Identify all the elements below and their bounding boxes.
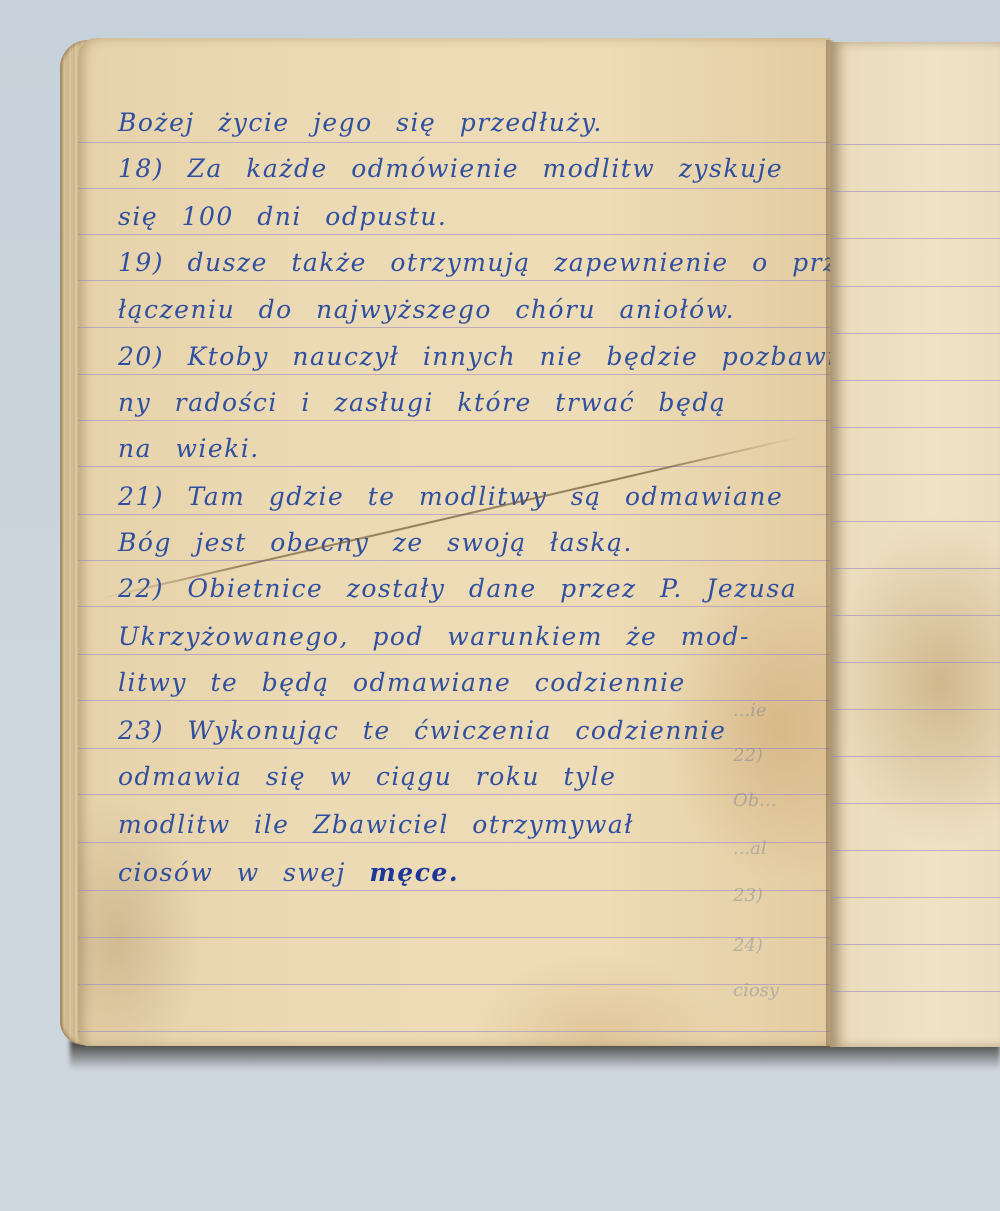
- text-line: litwy te będą odmawiane codziennie: [118, 668, 686, 697]
- ruled-line: [830, 568, 1000, 569]
- ruled-line: [830, 756, 1000, 757]
- ruled-line: [78, 890, 830, 891]
- bleedthrough-text: ciosy: [733, 980, 779, 1001]
- ruled-line: [830, 944, 1000, 945]
- text-line: Ukrzyżowanego, pod warunkiem że mod-: [118, 622, 750, 651]
- text-line: ciosów w swej męce.: [118, 858, 459, 887]
- bleedthrough-text: ...ie: [733, 700, 767, 721]
- text-line: ny radości i zasługi które trwać będą: [118, 388, 726, 417]
- right-page: [830, 42, 1000, 1047]
- text-line: 18) Za każde odmówienie modlitw zyskuje: [118, 154, 783, 183]
- ruled-line: [78, 937, 830, 938]
- text-line: 19) dusze także otrzymują zapewnienie o …: [118, 248, 830, 277]
- ruled-line: [78, 984, 830, 985]
- ruled-line: [78, 560, 830, 561]
- text-line: odmawia się w ciągu roku tyle: [118, 762, 616, 791]
- text-line: Bóg jest obecny ze swoją łaską.: [118, 528, 633, 557]
- bleedthrough-text: 23): [733, 885, 763, 906]
- text-line: Bożej życie jego się przedłuży.: [118, 108, 603, 137]
- ruled-line: [830, 474, 1000, 475]
- ruled-line: [78, 420, 830, 421]
- bleedthrough-text: 22): [733, 745, 763, 766]
- text-line: modlitw ile Zbawiciel otrzymywał: [118, 810, 634, 839]
- text-line: 20) Ktoby nauczył innych nie będzie pozb…: [118, 342, 830, 371]
- ruled-line: [830, 709, 1000, 710]
- ruled-line: [78, 1031, 830, 1032]
- ruled-line: [78, 748, 830, 749]
- scribbled-word: męce.: [369, 858, 459, 887]
- text-line: 21) Tam gdzie te modlitwy są odmawiane: [118, 482, 783, 511]
- ruled-line: [78, 606, 830, 607]
- ruled-line: [78, 327, 830, 328]
- text-line: się 100 dni odpustu.: [118, 202, 447, 231]
- ruled-line: [78, 842, 830, 843]
- bleedthrough-text: ...al: [733, 838, 767, 859]
- bleedthrough-text: 24): [733, 935, 763, 956]
- ruled-line: [830, 427, 1000, 428]
- ruled-line: [830, 850, 1000, 851]
- ruled-line: [78, 188, 830, 189]
- ruled-line: [830, 991, 1000, 992]
- ruled-line: [78, 466, 830, 467]
- ruled-line: [830, 144, 1000, 145]
- ruled-line: [78, 374, 830, 375]
- ruled-line: [830, 662, 1000, 663]
- ruled-line: [830, 333, 1000, 334]
- ruled-line: [830, 286, 1000, 287]
- ruled-line: [78, 654, 830, 655]
- text-segment: ciosów w swej: [118, 858, 369, 887]
- ruled-line: [78, 280, 830, 281]
- bleedthrough-region: ...ie 22) Ob... ...al 23) 24) ciosy: [725, 690, 835, 1020]
- left-page: Bożej życie jego się przedłuży. 18) Za k…: [78, 38, 830, 1046]
- ruled-line: [830, 380, 1000, 381]
- ruled-line: [830, 615, 1000, 616]
- bleedthrough-text: Ob...: [733, 790, 776, 811]
- ruled-line: [830, 238, 1000, 239]
- ruled-line: [78, 142, 830, 143]
- ruled-line: [78, 700, 830, 701]
- ruled-line: [78, 794, 830, 795]
- ruled-line: [830, 521, 1000, 522]
- ruled-line: [830, 803, 1000, 804]
- text-line: na wieki.: [118, 434, 260, 463]
- text-line: 22) Obietnice zostały dane przez P. Jezu…: [118, 574, 797, 603]
- ruled-line: [830, 897, 1000, 898]
- ruled-line: [830, 191, 1000, 192]
- text-line: łączeniu do najwyższego chóru aniołów.: [118, 295, 735, 324]
- ruled-line: [78, 234, 830, 235]
- text-line: 23) Wykonując te ćwiczenia codziennie: [118, 716, 726, 745]
